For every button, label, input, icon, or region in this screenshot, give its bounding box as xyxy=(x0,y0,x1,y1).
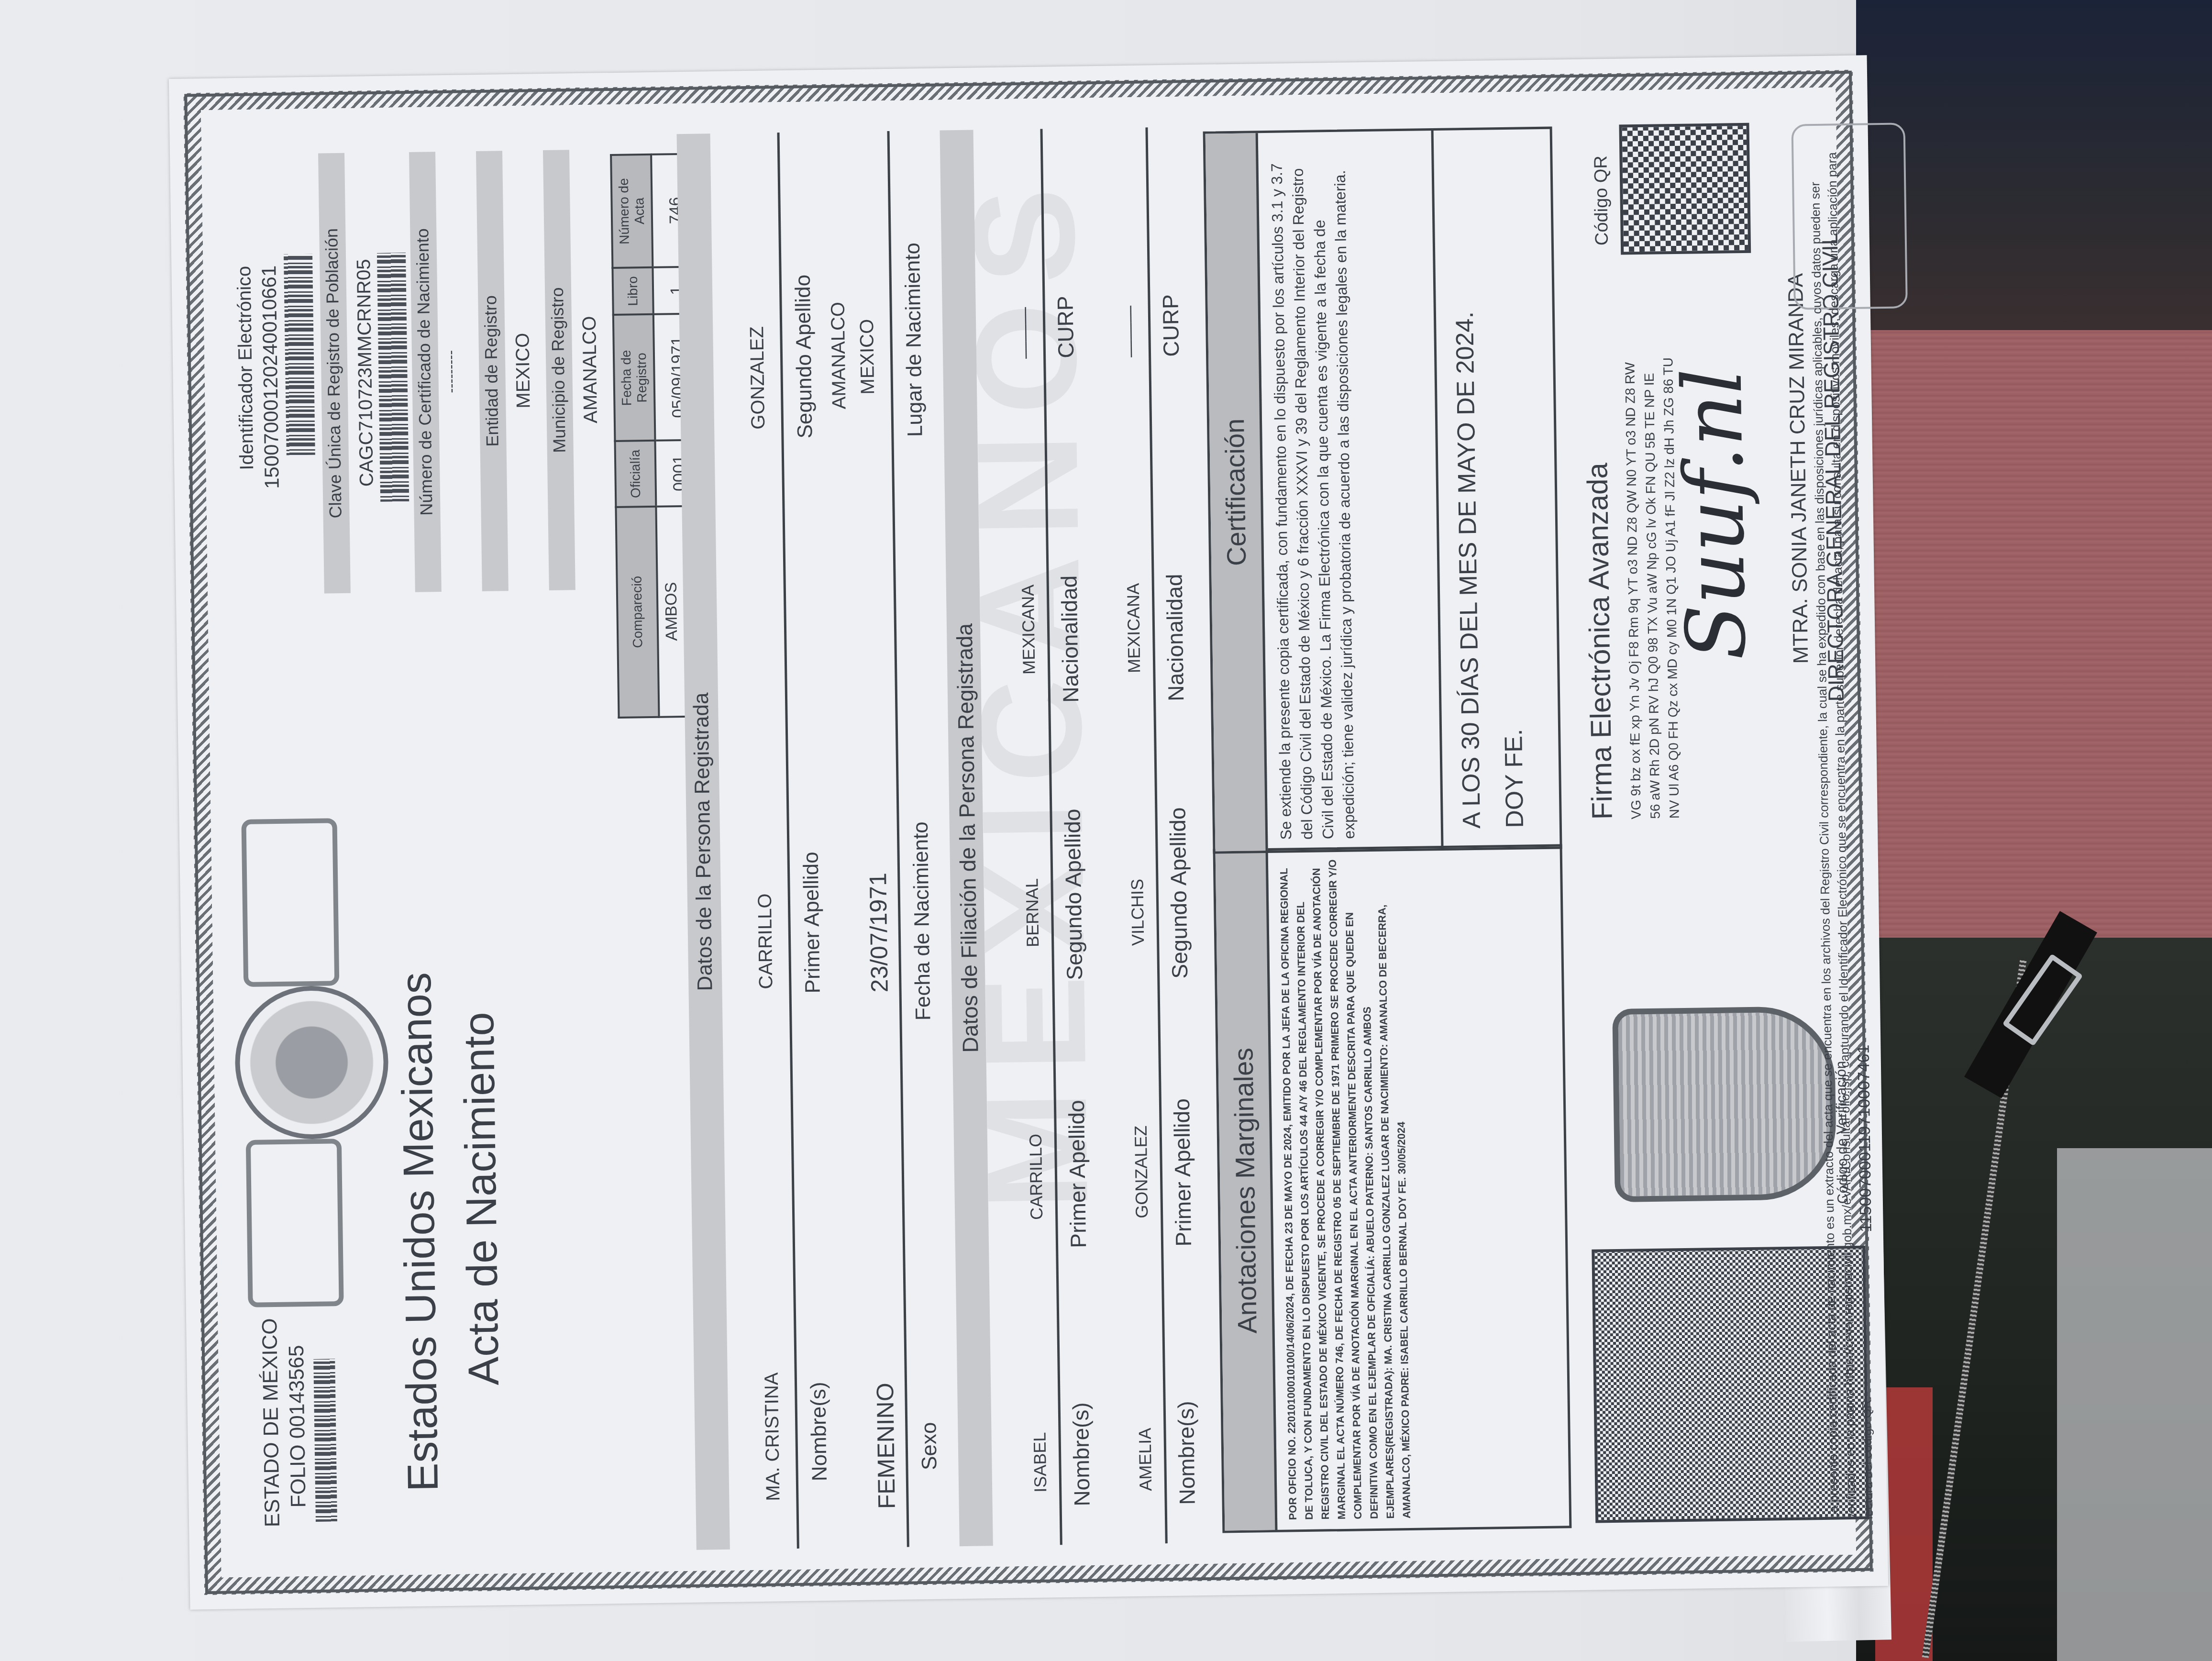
registry-header-acta: Número de Acta xyxy=(611,155,653,268)
curp-value: CAGC710723MMCRNR05 xyxy=(352,153,379,593)
parent2-nationality: MEXICANA xyxy=(1123,583,1145,674)
person-first-surname: CARRILLO xyxy=(754,893,777,989)
signature-hash-line-1: VG 9t bz ox fE xp Yn Jv Oj F8 Rm 9q YT o… xyxy=(1622,362,1644,819)
small-qr-code[interactable] xyxy=(1619,123,1751,255)
parent2-curp-label: CURP xyxy=(1157,294,1184,357)
registry-header-libro: Libro xyxy=(612,267,653,315)
electronic-id-barcode xyxy=(284,254,315,455)
parent1-names: ISABEL xyxy=(1030,1432,1051,1493)
parent1-second-surname: BERNAL xyxy=(1022,878,1043,948)
registry-header-comparecio: Compareció xyxy=(616,506,659,718)
folio-barcode xyxy=(313,1359,337,1522)
parent1-second-surname-label: Segundo Apellido xyxy=(1059,808,1087,980)
background-pink-cloth xyxy=(1856,330,2212,952)
registry-header-oficialia: Oficialía xyxy=(615,441,656,507)
signature-hash-line-2: 56 aW Rh 2D pN RV hJ Q0 98 TX Vu aW Np c… xyxy=(1642,373,1663,819)
parent2-names: AMELIA xyxy=(1135,1428,1156,1491)
national-seal xyxy=(234,985,389,1140)
birth-place-state: MEXICO xyxy=(856,319,879,394)
document-title: Acta de Nacimiento xyxy=(454,1012,509,1386)
parent1-first-surname-label: Primer Apellido xyxy=(1063,1100,1091,1248)
municipality-value: AMANALCO xyxy=(576,149,604,590)
state-name: ESTADO DE MÉXICO xyxy=(258,1318,285,1527)
parent2-curp: ——— xyxy=(1119,306,1140,358)
parent2-nationality-label: Nacionalidad xyxy=(1161,574,1189,701)
registry-header-fecha: Fecha de Registro xyxy=(613,314,655,441)
birth-place-municipality: AMANALCO xyxy=(827,302,850,410)
curp-barcode xyxy=(377,253,409,502)
country-title: Estados Unidos Mexicanos xyxy=(392,972,448,1492)
annotations-title: Anotaciones Marginales xyxy=(1216,851,1278,1530)
qr-label: Código QR xyxy=(1591,155,1613,246)
names-label: Nombre(s) xyxy=(807,1382,832,1481)
second-surname-label: Segundo Apellido xyxy=(791,275,818,439)
parent2-names-label: Nombre(s) xyxy=(1173,1401,1200,1505)
state-coat-of-arms xyxy=(1612,1006,1837,1202)
annotations-text: POR OFICIO NO. 22010100010100/14/06/2024… xyxy=(1268,849,1423,1530)
parent2-first-surname-label: Primer Apellido xyxy=(1169,1098,1196,1247)
birth-date-label: Fecha de Nacimiento xyxy=(909,821,936,1020)
parent2-first-surname: GONZALEZ xyxy=(1131,1125,1152,1218)
greca-left-ornament xyxy=(246,1139,344,1307)
annotations-box: Anotaciones Marginales POR OFICIO NO. 22… xyxy=(1213,844,1572,1533)
person-birth-date: 23/07/1971 xyxy=(864,873,893,993)
parent2-second-surname: VILCHIS xyxy=(1127,878,1148,946)
greca-right-ornament xyxy=(241,818,339,987)
parent1-curp-label: CURP xyxy=(1052,296,1079,358)
person-sex: FEMENINO xyxy=(871,1383,901,1509)
parent1-names-label: Nombre(s) xyxy=(1068,1402,1095,1506)
parent2-second-surname-label: Segundo Apellido xyxy=(1164,807,1193,979)
birth-certificate-sheet: MEXICANOS ESTADO DE MÉXICO FOLIO 0014356… xyxy=(169,55,1888,1609)
certification-title: Certificación xyxy=(1206,133,1268,851)
background-dark-fabric xyxy=(1856,0,2212,335)
electronic-id-label: Identificador Electrónico xyxy=(233,266,258,470)
person-names: MA. CRISTINA xyxy=(761,1372,785,1501)
birth-cert-number-value: --------- xyxy=(440,152,463,592)
birth-place-label: Lugar de Nacimiento xyxy=(901,243,928,437)
certification-box: Certificación Se extiende la presente co… xyxy=(1203,127,1562,854)
background-white-object xyxy=(2057,1148,2212,1661)
sex-label: Sexo xyxy=(917,1422,941,1470)
parent1-curp: ——— xyxy=(1014,307,1035,359)
electronic-id-value: 15007000120240010661 xyxy=(257,266,284,489)
parent1-nationality-label: Nacionalidad xyxy=(1056,575,1084,703)
person-second-surname: GONZALEZ xyxy=(746,326,769,430)
handwritten-signature: Suuf.nl xyxy=(1666,367,1765,661)
folio-number: FOLIO 00143565 xyxy=(285,1345,311,1508)
first-surname-label: Primer Apellido xyxy=(799,852,825,994)
entity-value: MEXICO xyxy=(509,150,537,591)
certification-text: Se extiende la presente copia certificad… xyxy=(1258,131,1444,851)
parent1-nationality: MEXICANA xyxy=(1018,585,1040,675)
certification-date: A LOS 30 DÍAS DEL MES DE MAYO DE 2024. xyxy=(1434,130,1501,848)
advanced-signature-title: Firma Electrónica Avanzada xyxy=(1581,463,1618,820)
parent1-first-surname: CARRILLO xyxy=(1026,1133,1047,1220)
